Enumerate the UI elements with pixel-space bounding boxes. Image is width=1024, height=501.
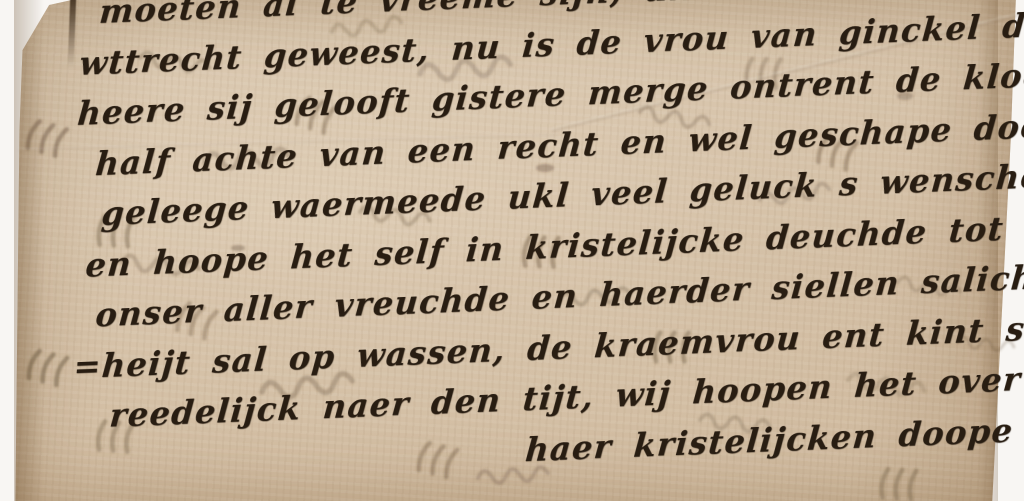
paper-left-edge-shadow bbox=[14, 0, 44, 501]
letter-scan: moeten al te vreeme sijn, ukl laeste isw… bbox=[0, 0, 1024, 501]
handwriting-block: moeten al te vreeme sijn, ukl laeste isw… bbox=[76, 0, 1024, 499]
